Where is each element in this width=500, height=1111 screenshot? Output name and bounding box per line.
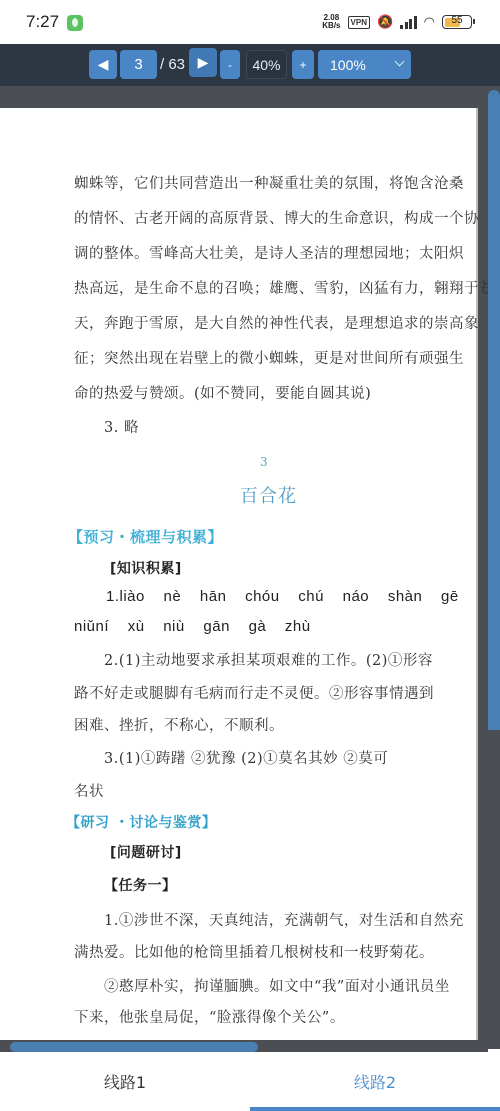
active-tab-indicator <box>250 1107 500 1111</box>
text-line: 命的热爱与赞颂。(如不赞同，要能自圆其说) <box>74 382 371 403</box>
cell-signal-icon <box>400 16 417 29</box>
status-icons: 2.08 KB/s VPN 🔕 ◠ 55 <box>322 14 472 30</box>
text-line: 下来，他张皇局促，“脸涨得像个关公”。 <box>74 1006 345 1027</box>
security-shield-icon <box>67 15 83 31</box>
pdf-toolbar: ◀ 3 / 63 ▶ - 40% + 100% <box>0 44 500 86</box>
arrow-right-icon: ▶ <box>198 54 209 71</box>
text-line: 满热爱。比如他的枪筒里插着几根树枝和一枝野菊花。 <box>74 941 434 962</box>
tab-label: 线路1 <box>104 1070 146 1093</box>
pdf-page: 蜘蛛等，它们共同营造出一种凝重壮美的氛围，将饱含沧桑 的情怀、古老开阔的高原背景… <box>0 108 478 1049</box>
pinyin-line: 1.liào nè hān chóu chú náo shàn gē <box>106 588 459 605</box>
text-line: 名状 <box>74 780 104 801</box>
vertical-scrollbar-thumb[interactable] <box>488 90 500 730</box>
tab-label: 线路2 <box>354 1070 396 1093</box>
vpn-icon: VPN <box>348 16 370 29</box>
lesson-title: 百合花 <box>240 482 297 508</box>
network-speed: 2.08 KB/s <box>322 14 340 30</box>
text-line: 困难、挫折，不称心，不顺利。 <box>74 714 284 735</box>
tab-route-2[interactable]: 线路2 <box>250 1052 500 1111</box>
network-speed-unit: KB/s <box>322 22 340 30</box>
text-line: 2.(1)主动地要求承担某项艰难的工作。(2)①形容 <box>104 649 433 670</box>
battery-level: 55 <box>443 15 471 26</box>
subsection-heading: [知识积累] <box>110 558 182 578</box>
section-heading: 【研习 ・讨论与鉴赏】 <box>66 812 216 832</box>
vertical-scrollbar[interactable] <box>488 86 500 1049</box>
text-line: 天，奔跑于雪原，是大自然的神性代表，是理想追求的崇高象 <box>74 312 479 333</box>
subsection-heading: [问题研讨] <box>110 842 182 862</box>
task-heading: 【任务一】 <box>104 875 177 895</box>
pinyin-line: niǔní xù niù gān gà zhù <box>74 618 311 635</box>
next-page-button[interactable]: ▶ <box>189 48 217 77</box>
battery-icon: 55 <box>442 15 472 29</box>
page-number-input[interactable]: 3 <box>120 50 157 79</box>
status-bar: 7:27 2.08 KB/s VPN 🔕 ◠ 55 <box>0 0 500 44</box>
text-line: 3.(1)①踌躇 ②犹豫 (2)①莫名其妙 ②莫可 <box>104 747 388 768</box>
text-line: 的情怀、古老开阔的高原背景、博大的生命意识，构成一个协 <box>74 207 479 228</box>
text-line: 1.①涉世不深，天真纯洁，充满朝气，对生活和自然充 <box>104 909 464 930</box>
lesson-number: 3 <box>260 455 268 469</box>
zoom-level: 40% <box>246 50 287 79</box>
horizontal-scrollbar[interactable] <box>0 1040 488 1052</box>
zoom-out-button[interactable]: - <box>220 50 240 79</box>
horizontal-scrollbar-thumb[interactable] <box>10 1042 258 1052</box>
chevron-down-icon <box>395 57 405 67</box>
route-tabs: 线路1 线路2 <box>0 1052 500 1111</box>
wifi-icon: ◠ <box>424 15 435 30</box>
scale-select[interactable]: 100% <box>318 50 411 79</box>
text-line: 路不好走或腿脚有毛病而行走不灵便。②形容事情遇到 <box>74 682 434 703</box>
text-line: ②憨厚朴实，拘谨腼腆。如文中“我”面对小通讯员坐 <box>104 975 450 996</box>
text-line: 调的整体。雪峰高大壮美，是诗人圣洁的理想园地；太阳炽 <box>74 242 464 263</box>
text-line: 征；突然出现在岩壁上的微小蜘蛛，更是对世间所有顽强生 <box>74 347 464 368</box>
prev-page-button[interactable]: ◀ <box>89 50 117 79</box>
text-line: 蜘蛛等，它们共同营造出一种凝重壮美的氛围，将饱含沧桑 <box>74 172 464 193</box>
zoom-in-button[interactable]: + <box>292 50 314 79</box>
section-heading: 【预习・梳理与积累】 <box>68 526 223 547</box>
clock: 7:27 <box>26 12 59 32</box>
pdf-viewer[interactable]: 蜘蛛等，它们共同营造出一种凝重壮美的氛围，将饱含沧桑 的情怀、古老开阔的高原背景… <box>0 86 500 1049</box>
total-pages: / 63 <box>160 56 185 73</box>
mute-bell-icon: 🔕 <box>377 15 393 30</box>
answer-item: 3. 略 <box>104 416 139 437</box>
tab-route-1[interactable]: 线路1 <box>0 1052 250 1111</box>
scale-select-value: 100% <box>330 57 366 73</box>
arrow-left-icon: ◀ <box>98 56 109 73</box>
text-line: 热高远，是生命不息的召唤；雄鹰、雪豹，凶猛有力，翱翔于苍 <box>74 277 494 298</box>
